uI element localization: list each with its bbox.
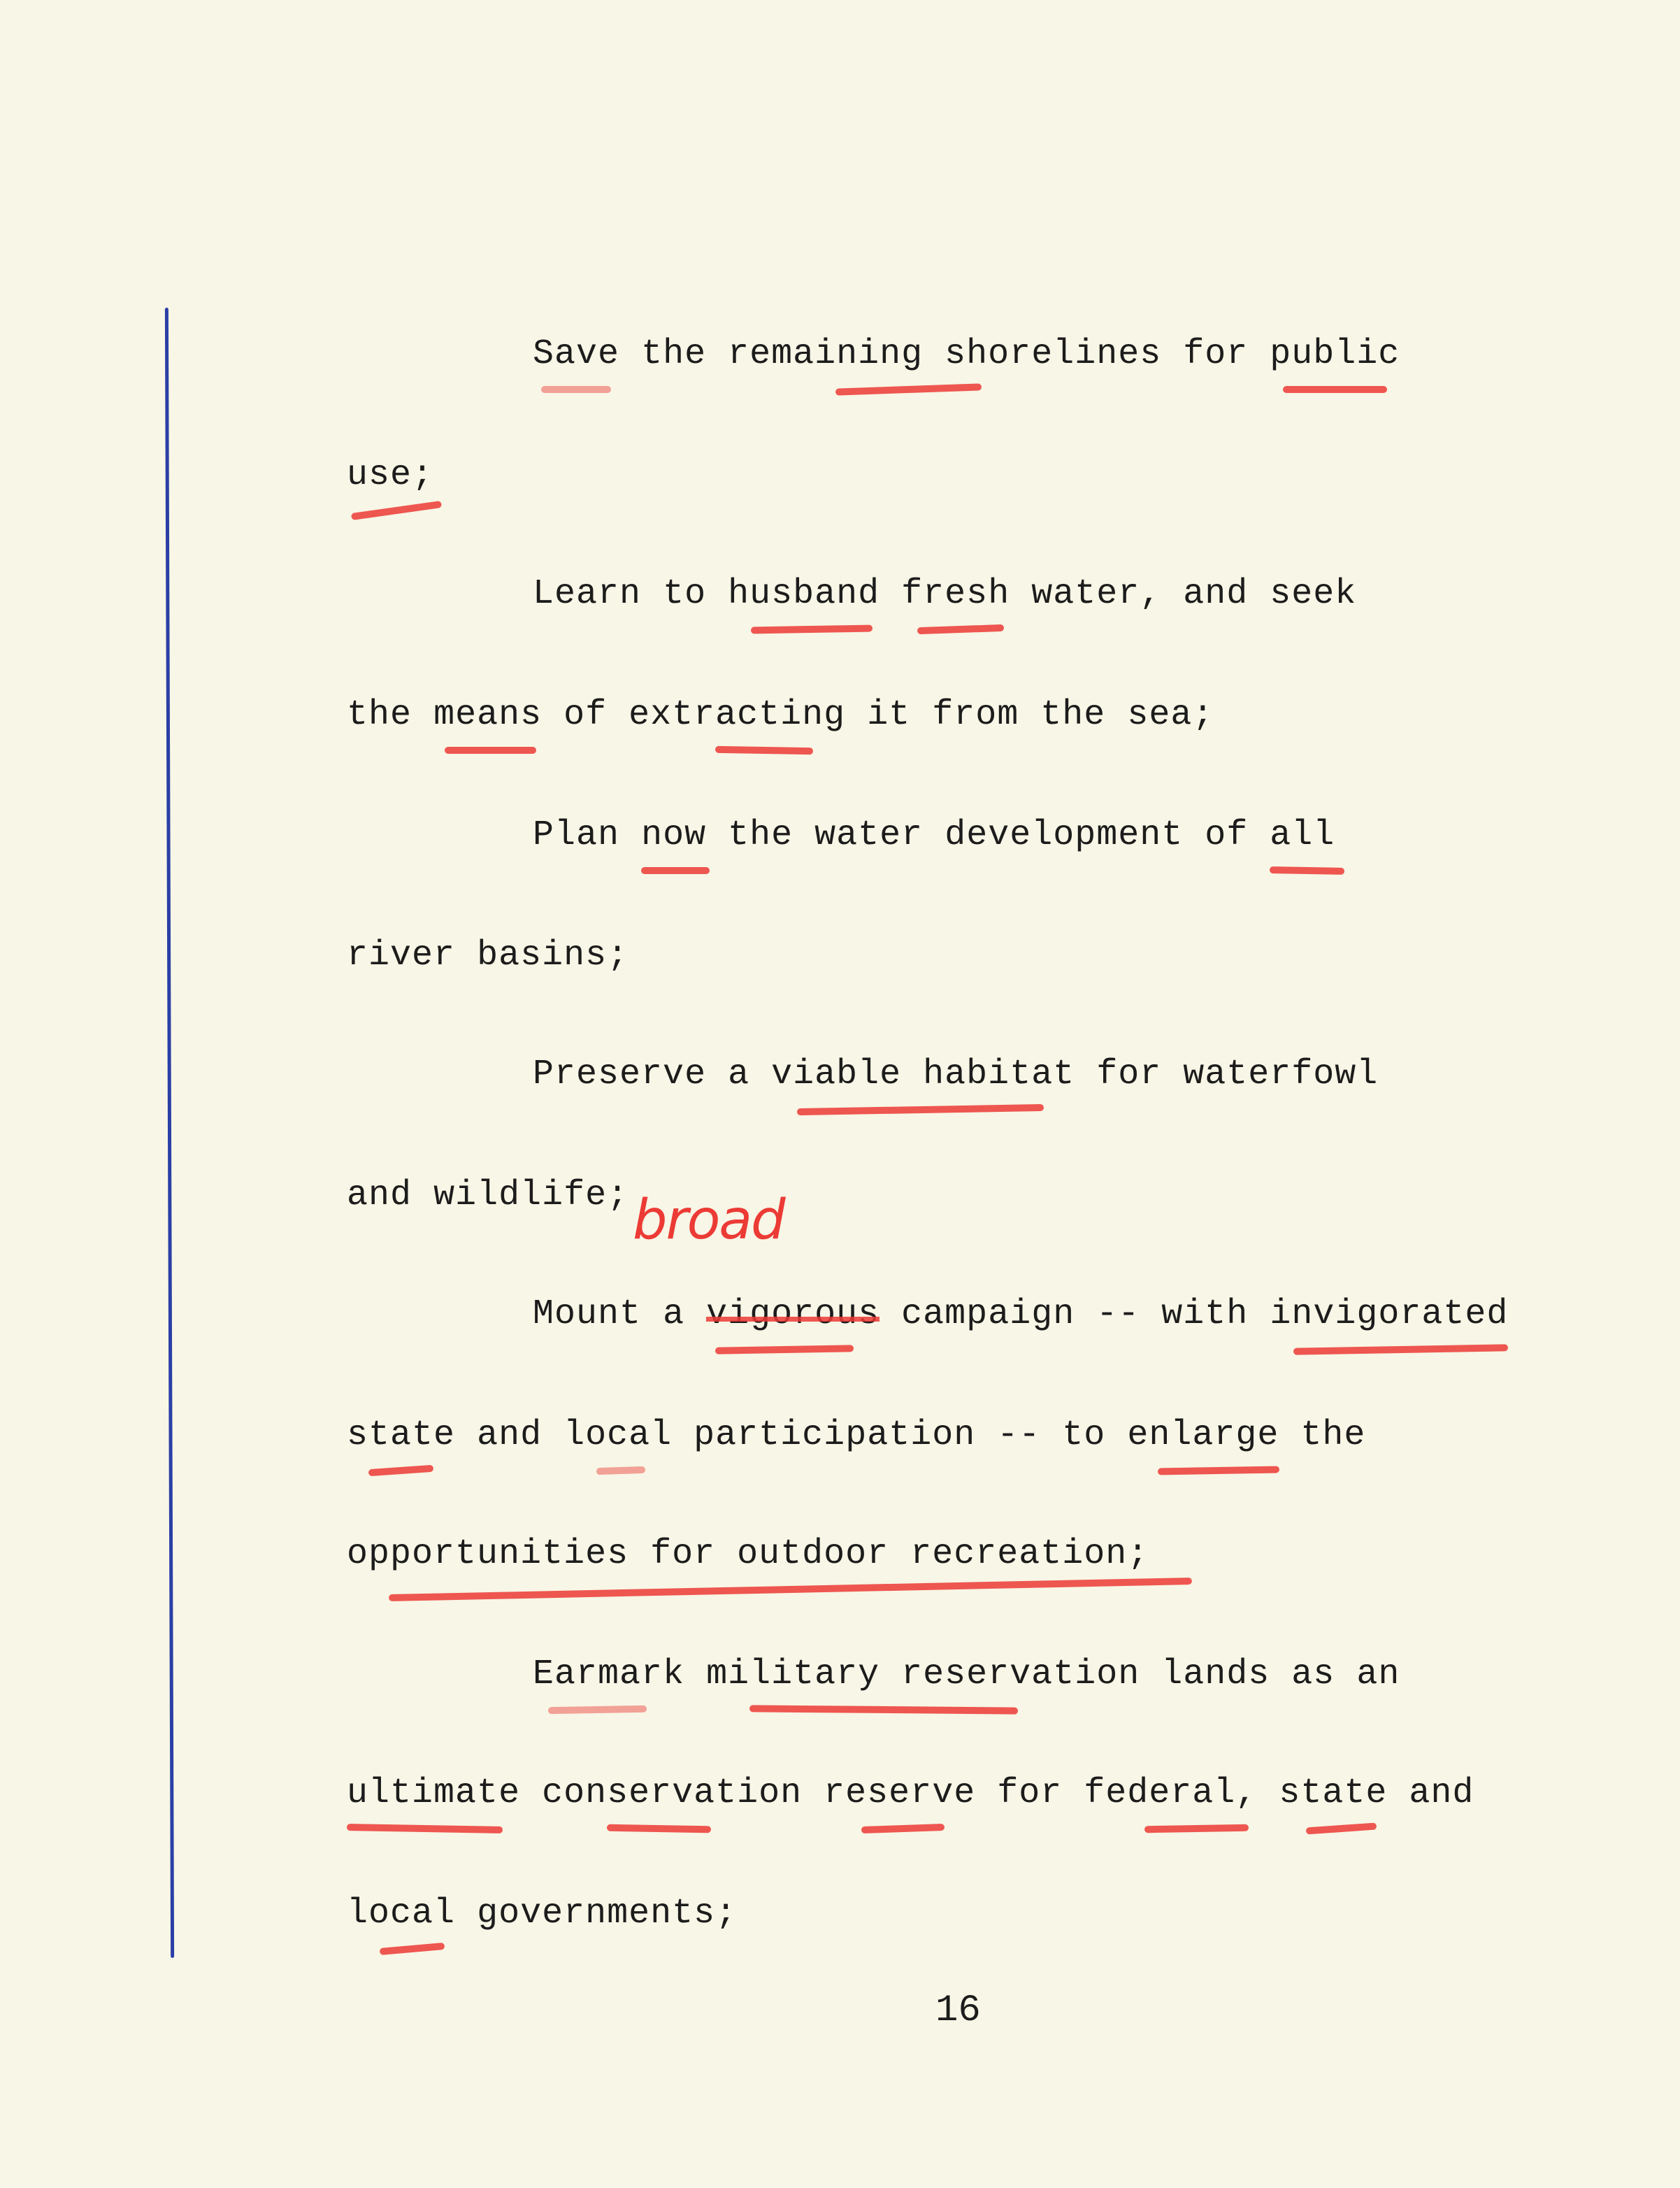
word: water (814, 818, 923, 853)
text-line: Earmark military reservation lands as an (446, 1622, 1400, 1727)
text-line: use; (260, 423, 433, 528)
text-line: opportunities for outdoor recreation; (260, 1502, 1149, 1607)
word: the (347, 698, 412, 733)
word: recreation; (910, 1537, 1149, 1572)
word: development (945, 818, 1183, 853)
word: and (477, 1418, 542, 1453)
text-line: local governments; (260, 1861, 737, 1966)
text-line: Plan now the water development of all (446, 783, 1335, 888)
word: reserve (824, 1776, 975, 1811)
struck-word: vigorous (706, 1297, 880, 1332)
page-number: 16 (935, 1989, 981, 2032)
word: ultimate (347, 1776, 520, 1811)
word: Plan (533, 818, 619, 853)
word: for (1183, 337, 1248, 372)
word: for (650, 1537, 715, 1572)
word: from (932, 698, 1019, 733)
word: and (1183, 577, 1248, 612)
word: lands (1161, 1657, 1270, 1692)
word: habitat (923, 1057, 1075, 1092)
word: state (1279, 1776, 1387, 1811)
word: with (1161, 1297, 1248, 1332)
word: invigorated (1270, 1297, 1508, 1332)
word: of (1205, 818, 1248, 853)
word: the (728, 818, 793, 853)
word: a (663, 1297, 684, 1332)
word: extracting (629, 698, 845, 733)
word: -- (997, 1418, 1040, 1453)
word: river (347, 938, 455, 973)
word: local (347, 1896, 455, 1931)
word: enlarge (1127, 1418, 1279, 1453)
text-line: Mount a vigorous campaign -- with invigo… (446, 1262, 1508, 1367)
text-line: state and local participation -- to enla… (260, 1383, 1365, 1488)
word: to (1062, 1418, 1105, 1453)
text-line: Learn to husband fresh water, and seek (446, 542, 1356, 647)
word: to (663, 577, 706, 612)
word: state (347, 1418, 455, 1453)
word: now (641, 818, 706, 853)
word: the (1040, 698, 1105, 733)
word: for (997, 1776, 1062, 1811)
word: seek (1270, 577, 1356, 612)
word: wildlife; (433, 1178, 629, 1213)
word: and (347, 1178, 412, 1213)
document-page: Save the remaining shorelines for public… (0, 0, 1680, 2188)
word: husband (728, 577, 880, 612)
word: conservation (542, 1776, 802, 1811)
word: remaining (728, 337, 923, 372)
word: -- (1096, 1297, 1140, 1332)
word: and (1409, 1776, 1474, 1811)
text-line: Save the remaining shorelines for public (446, 302, 1400, 407)
text-line: the means of extracting it from the sea; (260, 663, 1214, 768)
text-line: and wildlife; (260, 1143, 629, 1248)
text-line: ultimate conservation reserve for federa… (260, 1741, 1474, 1846)
word: for (1096, 1057, 1161, 1092)
word: of (563, 698, 607, 733)
word: a (728, 1057, 749, 1092)
word: local (563, 1418, 672, 1453)
word: Preserve (533, 1057, 706, 1092)
word: an (1356, 1657, 1400, 1692)
word: Save (533, 337, 619, 372)
word: use; (347, 458, 433, 493)
word: basins; (477, 938, 629, 973)
word: as (1291, 1657, 1335, 1692)
word: Earmark (533, 1657, 684, 1692)
word: the (1300, 1418, 1365, 1453)
word: means (433, 698, 542, 733)
word: it (867, 698, 910, 733)
word: opportunities (347, 1537, 629, 1572)
handwritten-insertion: broad (633, 1189, 784, 1252)
word: fresh (901, 577, 1010, 612)
word: water, (1031, 577, 1161, 612)
word: Learn (533, 577, 641, 612)
word: campaign (901, 1297, 1075, 1332)
word: shorelines (945, 337, 1161, 372)
word: sea; (1127, 698, 1214, 733)
margin-bracket-line (165, 308, 174, 1958)
word: military (706, 1657, 880, 1692)
word: federal, (1084, 1776, 1257, 1811)
word: outdoor (737, 1537, 889, 1572)
word: reservation (901, 1657, 1140, 1692)
word: participation (694, 1418, 975, 1453)
text-line: Preserve a viable habitat for waterfowl (446, 1022, 1378, 1127)
word: viable (771, 1057, 901, 1092)
word: public (1270, 337, 1400, 372)
word: the (641, 337, 706, 372)
word: all (1270, 818, 1335, 853)
text-line: river basins; (260, 903, 629, 1008)
word: governments; (477, 1896, 737, 1931)
word: Mount (533, 1297, 641, 1332)
word: waterfowl (1183, 1057, 1378, 1092)
